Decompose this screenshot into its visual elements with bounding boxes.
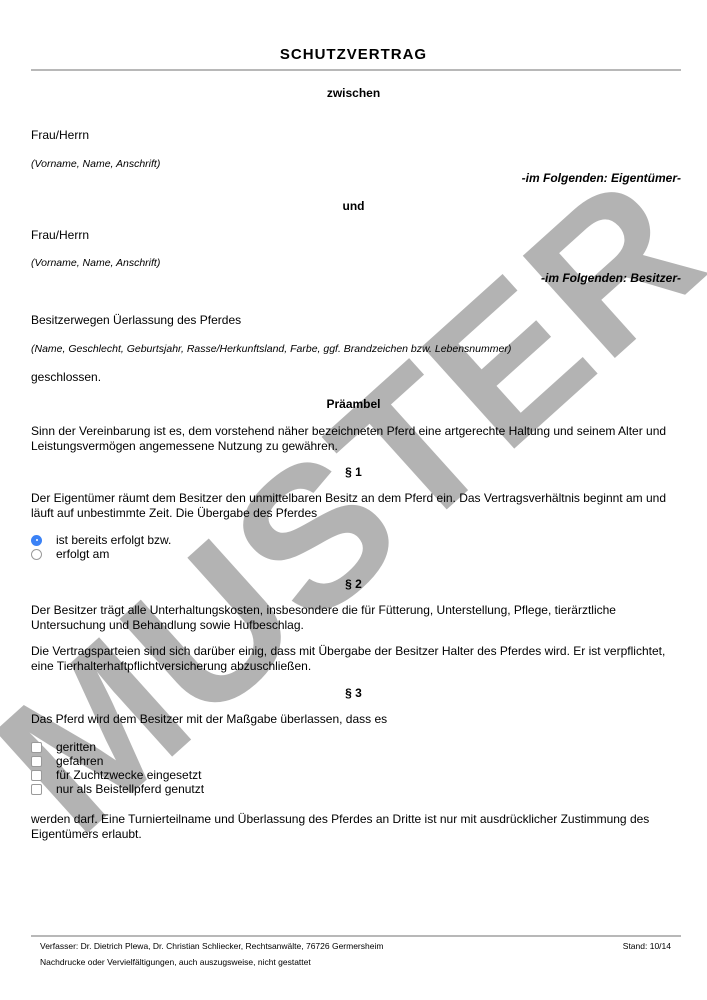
between-label: zwischen bbox=[0, 86, 707, 100]
handover-option-done[interactable]: ist bereits erfolgt bzw. bbox=[31, 533, 171, 547]
footer-version: Stand: 10/14 bbox=[623, 941, 671, 951]
party2-salutation[interactable]: Frau/Herrn bbox=[31, 228, 89, 242]
party2-role: -im Folgenden: Besitzer- bbox=[541, 271, 681, 285]
section3-intro: Das Pferd wird dem Besitzer mit der Maßg… bbox=[31, 712, 387, 726]
usage-option-driving[interactable]: gefahren bbox=[31, 754, 103, 768]
section2-text1: Der Besitzer trägt alle Unterhaltungskos… bbox=[31, 603, 681, 633]
usage-option-riding[interactable]: geritten bbox=[31, 740, 96, 754]
usage-option-companion[interactable]: nur als Beistellpferd genutzt bbox=[31, 782, 204, 796]
document-page: MUSTER SCHUTZVERTRAG zwischen Frau/Herrn… bbox=[0, 0, 707, 1000]
checkbox-icon[interactable] bbox=[31, 770, 42, 781]
section3-outro: werden darf. Eine Turnierteilname und Üb… bbox=[31, 812, 681, 842]
and-label: und bbox=[0, 199, 707, 213]
usage-option-breeding[interactable]: für Zuchtzwecke eingesetzt bbox=[31, 768, 201, 782]
option-label: erfolgt am bbox=[56, 547, 109, 561]
radio-unselected-icon[interactable] bbox=[31, 549, 42, 560]
party1-salutation[interactable]: Frau/Herrn bbox=[31, 128, 89, 142]
footer-notice: Nachdrucke oder Vervielfältigungen, auch… bbox=[40, 957, 311, 967]
section3-heading: § 3 bbox=[0, 686, 707, 700]
checkbox-icon[interactable] bbox=[31, 784, 42, 795]
checkbox-icon[interactable] bbox=[31, 742, 42, 753]
party2-hint: (Vorname, Name, Anschrift) bbox=[31, 257, 160, 269]
option-label: für Zuchtzwecke eingesetzt bbox=[56, 768, 201, 782]
preamble-heading: Präambel bbox=[0, 397, 707, 411]
section1-text: Der Eigentümer räumt dem Besitzer den un… bbox=[31, 491, 681, 521]
section2-heading: § 2 bbox=[0, 577, 707, 591]
section1-heading: § 1 bbox=[0, 465, 707, 479]
footer-author: Verfasser: Dr. Dietrich Plewa, Dr. Chris… bbox=[40, 941, 383, 951]
preamble-text: Sinn der Vereinbarung ist es, dem vorste… bbox=[31, 424, 681, 454]
title-divider bbox=[31, 69, 681, 71]
party1-role: -im Folgenden: Eigentümer- bbox=[522, 171, 681, 185]
closing-text: geschlossen. bbox=[31, 370, 101, 384]
handover-option-date[interactable]: erfolgt am bbox=[31, 547, 109, 561]
document-title: SCHUTZVERTRAG bbox=[0, 46, 707, 63]
horse-label[interactable]: Besitzerwegen Üerlassung des Pferdes bbox=[31, 313, 241, 327]
checkbox-icon[interactable] bbox=[31, 756, 42, 767]
horse-hint: (Name, Geschlecht, Geburtsjahr, Rasse/He… bbox=[31, 343, 511, 355]
option-label: ist bereits erfolgt bzw. bbox=[56, 533, 171, 547]
radio-selected-icon[interactable] bbox=[31, 535, 42, 546]
footer-divider bbox=[31, 935, 681, 937]
option-label: gefahren bbox=[56, 754, 103, 768]
party1-hint: (Vorname, Name, Anschrift) bbox=[31, 158, 160, 170]
section2-text2: Die Vertragsparteien sind sich darüber e… bbox=[31, 644, 681, 674]
option-label: geritten bbox=[56, 740, 96, 754]
option-label: nur als Beistellpferd genutzt bbox=[56, 782, 204, 796]
